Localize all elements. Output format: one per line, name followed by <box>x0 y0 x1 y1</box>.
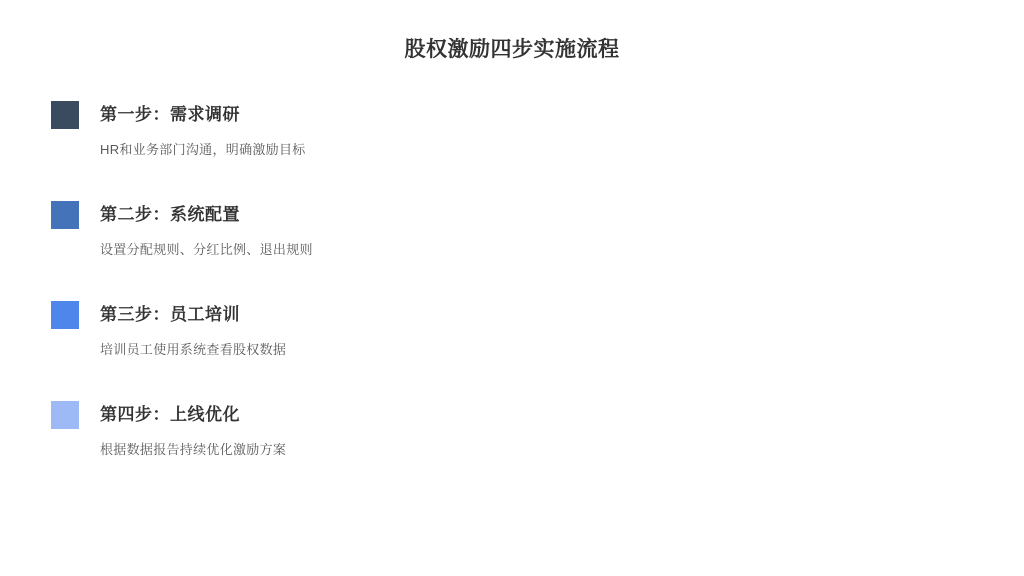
step-3-text: 第三步：员工培训 培训员工使用系统查看股权数据 <box>100 301 286 358</box>
step-item-2: 第二步：系统配置 设置分配规则、分红比例、退出规则 <box>51 201 984 301</box>
step-1-title: 第一步：需求调研 <box>100 101 306 129</box>
step-2-description: 设置分配规则、分红比例、退出规则 <box>100 242 313 258</box>
slide-canvas: 股权激励四步实施流程 第一步：需求调研 HR和业务部门沟通，明确激励目标 第二步… <box>0 0 1024 576</box>
step-4-marker-square <box>51 401 79 429</box>
step-3-title: 第三步：员工培训 <box>100 301 286 329</box>
step-item-4: 第四步：上线优化 根据数据报告持续优化激励方案 <box>51 401 984 501</box>
step-4-title: 第四步：上线优化 <box>100 401 286 429</box>
step-4-text: 第四步：上线优化 根据数据报告持续优化激励方案 <box>100 401 286 458</box>
step-1-marker-square <box>51 101 79 129</box>
step-item-1: 第一步：需求调研 HR和业务部门沟通，明确激励目标 <box>51 101 984 201</box>
step-1-text: 第一步：需求调研 HR和业务部门沟通，明确激励目标 <box>100 101 306 158</box>
step-3-description: 培训员工使用系统查看股权数据 <box>100 342 286 358</box>
step-item-3: 第三步：员工培训 培训员工使用系统查看股权数据 <box>51 301 984 401</box>
step-1-description: HR和业务部门沟通，明确激励目标 <box>100 142 306 158</box>
step-3-marker-square <box>51 301 79 329</box>
step-4-description: 根据数据报告持续优化激励方案 <box>100 442 286 458</box>
step-2-text: 第二步：系统配置 设置分配规则、分红比例、退出规则 <box>100 201 313 258</box>
page-title: 股权激励四步实施流程 <box>0 0 1024 63</box>
steps-list: 第一步：需求调研 HR和业务部门沟通，明确激励目标 第二步：系统配置 设置分配规… <box>51 101 984 501</box>
step-2-marker-square <box>51 201 79 229</box>
step-2-title: 第二步：系统配置 <box>100 201 313 229</box>
